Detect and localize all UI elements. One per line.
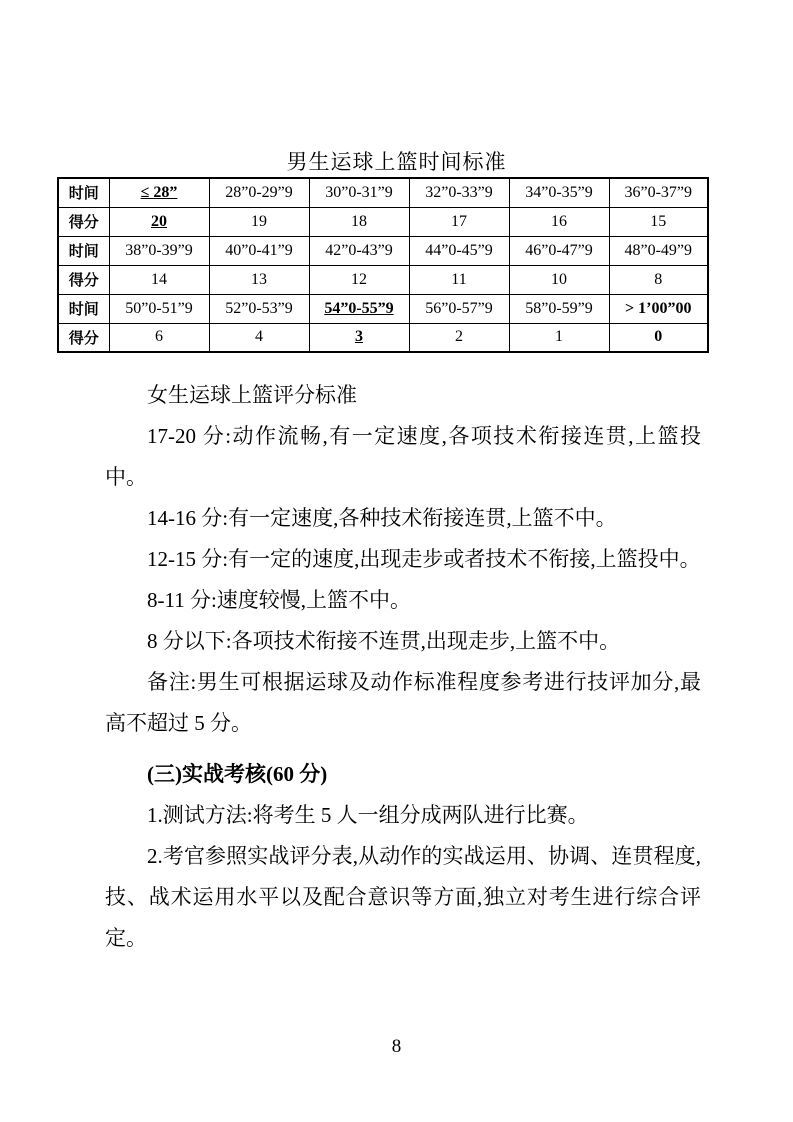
table-cell: 17 xyxy=(409,207,509,236)
table-cell: 52”0-53”9 xyxy=(209,294,309,323)
criteria-17-20: 17-20 分:动作流畅,有一定速度,各项技术衔接连贯,上篮投中。 xyxy=(105,416,701,498)
table-cell: 10 xyxy=(509,265,609,294)
table-row: 时间50”0-51”952”0-53”954”0-55”956”0-57”958… xyxy=(58,294,708,323)
row-header-cell: 得分 xyxy=(58,323,109,352)
mens-layup-time-table: 时间≤ 28”28”0-29”930”0-31”932”0-33”934”0-3… xyxy=(57,177,709,353)
note-paragraph: 备注:男生可根据运球及动作标准程度参考进行技评加分,最高不超过 5 分。 xyxy=(105,662,701,744)
table-cell: 3 xyxy=(309,323,409,352)
table-cell: 50”0-51”9 xyxy=(109,294,209,323)
table-cell: 13 xyxy=(209,265,309,294)
table-cell: 15 xyxy=(609,207,708,236)
table-cell: 0 xyxy=(609,323,708,352)
table-cell: 34”0-35”9 xyxy=(509,178,609,207)
table-cell: 40”0-41”9 xyxy=(209,236,309,265)
table-row: 得分14131211108 xyxy=(58,265,708,294)
combat-method-paragraph: 1.测试方法:将考生 5 人一组分成两队进行比赛。 xyxy=(105,795,701,836)
time-table-body: 时间≤ 28”28”0-29”930”0-31”932”0-33”934”0-3… xyxy=(58,178,708,352)
table-cell: 36”0-37”9 xyxy=(609,178,708,207)
table-cell: > 1’00”00 xyxy=(609,294,708,323)
table-cell: 48”0-49”9 xyxy=(609,236,708,265)
table-row: 得分201918171615 xyxy=(58,207,708,236)
section-heading-combat-assessment: (三)实战考核(60 分) xyxy=(105,754,701,795)
table-cell: 6 xyxy=(109,323,209,352)
table-cell: 16 xyxy=(509,207,609,236)
table-cell: ≤ 28” xyxy=(109,178,209,207)
table-cell: 44”0-45”9 xyxy=(409,236,509,265)
table-cell: 20 xyxy=(109,207,209,236)
mens-layup-time-table-title: 男生运球上篮时间标准 xyxy=(0,146,793,176)
table-cell: 12 xyxy=(309,265,409,294)
document-page: 男生运球上篮时间标准 时间≤ 28”28”0-29”930”0-31”932”0… xyxy=(0,0,793,1122)
table-cell: 18 xyxy=(309,207,409,236)
table-cell: 28”0-29”9 xyxy=(209,178,309,207)
row-header-cell: 时间 xyxy=(58,294,109,323)
page-number: 8 xyxy=(0,1036,793,1058)
table-cell: 2 xyxy=(409,323,509,352)
table-cell: 32”0-33”9 xyxy=(409,178,509,207)
row-header-cell: 得分 xyxy=(58,207,109,236)
row-header-cell: 时间 xyxy=(58,236,109,265)
table-cell: 38”0-39”9 xyxy=(109,236,209,265)
table-cell: 58”0-59”9 xyxy=(509,294,609,323)
criteria-12-15: 12-15 分:有一定的速度,出现走步或者技术不衔接,上篮投中。 xyxy=(105,539,701,580)
womens-layup-subtitle: 女生运球上篮评分标准 xyxy=(105,375,701,416)
table-cell: 14 xyxy=(109,265,209,294)
criteria-8-11: 8-11 分:速度较慢,上篮不中。 xyxy=(105,580,701,621)
table-cell: 56”0-57”9 xyxy=(409,294,509,323)
row-header-cell: 得分 xyxy=(58,265,109,294)
table-cell: 54”0-55”9 xyxy=(309,294,409,323)
table-cell: 46”0-47”9 xyxy=(509,236,609,265)
table-row: 得分643210 xyxy=(58,323,708,352)
table-cell: 4 xyxy=(209,323,309,352)
table-cell: 8 xyxy=(609,265,708,294)
criteria-14-16: 14-16 分:有一定速度,各种技术衔接连贯,上篮不中。 xyxy=(105,498,701,539)
combat-judging-paragraph: 2.考官参照实战评分表,从动作的实战运用、协调、连贯程度,技、战术运用水平以及配… xyxy=(105,836,701,959)
table-cell: 11 xyxy=(409,265,509,294)
criteria-below-8: 8 分以下:各项技术衔接不连贯,出现走步,上篮不中。 xyxy=(105,621,701,662)
table-cell: 30”0-31”9 xyxy=(309,178,409,207)
table-row: 时间≤ 28”28”0-29”930”0-31”932”0-33”934”0-3… xyxy=(58,178,708,207)
row-header-cell: 时间 xyxy=(58,178,109,207)
table-cell: 42”0-43”9 xyxy=(309,236,409,265)
table-row: 时间38”0-39”940”0-41”942”0-43”944”0-45”946… xyxy=(58,236,708,265)
table-cell: 19 xyxy=(209,207,309,236)
body-text-block: 女生运球上篮评分标准 17-20 分:动作流畅,有一定速度,各项技术衔接连贯,上… xyxy=(105,375,701,959)
table-cell: 1 xyxy=(509,323,609,352)
